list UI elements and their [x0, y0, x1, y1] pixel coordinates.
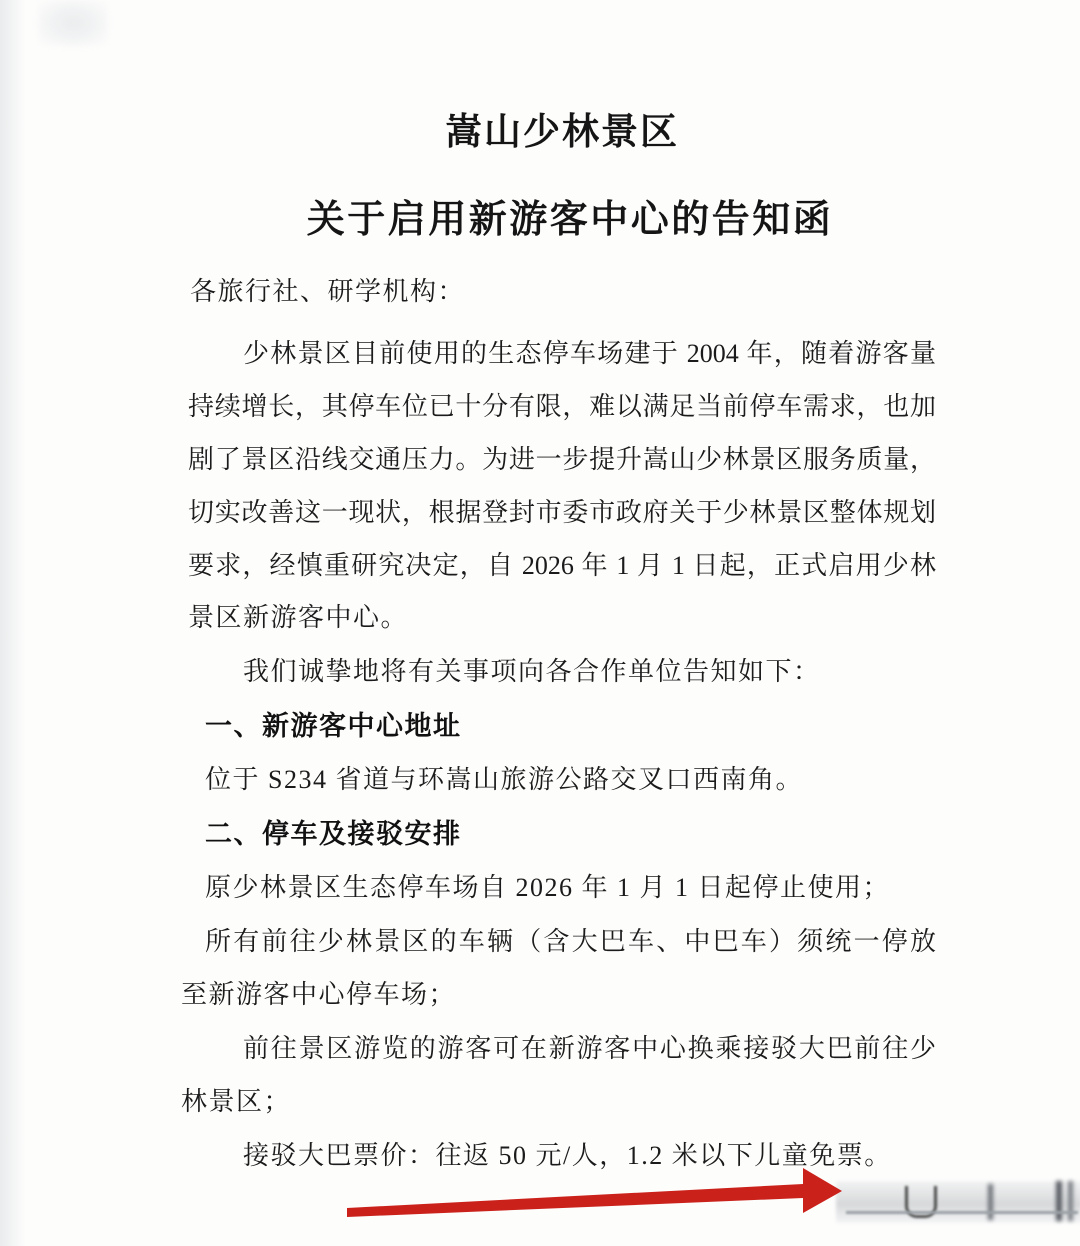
body-line: 要求，经慎重研究决定，自 2026 年 1 月 1 日起，正式启用少林 [188, 549, 936, 585]
body-line: 所有前往少林景区的车辆（含大巴车、中巴车）须统一停放 [188, 925, 936, 961]
blurred-glyph-stroke [1068, 1181, 1073, 1221]
body-line: 切实改善这一现状，根据登封市委市政府关于少林景区整体规划 [188, 496, 936, 532]
doc-subtitle: 关于启用新游客中心的告知函 [30, 188, 1080, 243]
document-page: 嵩山少林景区 关于启用新游客中心的告知函 各旅行社、研学机构： 少林景区目前使用… [0, 0, 1080, 1246]
body-line: 至新游客中心停车场； [181, 978, 456, 1014]
section-heading: 一、新游客中心地址 [205, 709, 462, 745]
body-line: 前往景区游览的游客可在新游客中心换乘接驳大巴前往少 [188, 1032, 936, 1068]
blurred-glyph-stroke [1056, 1181, 1062, 1221]
photo-edge-shadow [0, 0, 26, 1246]
doc-title: 嵩山少林景区 [22, 101, 1080, 155]
salutation: 各旅行社、研学机构： [190, 271, 465, 308]
photo-corner-smudge [38, 0, 108, 46]
section-heading: 二、停车及接驳安排 [205, 817, 462, 853]
blurred-underline [846, 1211, 1078, 1214]
body-line: 景区新游客中心。 [188, 601, 408, 637]
body-line: 林景区； [181, 1085, 291, 1121]
body-line: 少林景区目前使用的生态停车场建于 2004 年，随着游客量 [188, 337, 936, 373]
body-line: 接驳大巴票价：往返 50 元/人，1.2 米以下儿童免票。 [243, 1139, 892, 1175]
red-arrow-shaft [347, 1184, 803, 1217]
blurred-glyph-stroke [988, 1184, 993, 1220]
body-line: 原少林景区生态停车场自 2026 年 1 月 1 日起停止使用； [205, 871, 890, 907]
blurred-text-smudge [836, 1181, 1080, 1223]
blurred-glyph-u [905, 1186, 937, 1218]
body-line: 我们诚挚地将有关事项向各合作单位告知如下： [243, 655, 821, 691]
body-line: 持续增长，其停车位已十分有限，难以满足当前停车需求，也加 [188, 390, 936, 426]
body-line: 剧了景区沿线交通压力。为进一步提升嵩山少林景区服务质量， [188, 443, 936, 479]
body-line: 位于 S234 省道与环嵩山旅游公路交叉口西南角。 [205, 763, 803, 799]
